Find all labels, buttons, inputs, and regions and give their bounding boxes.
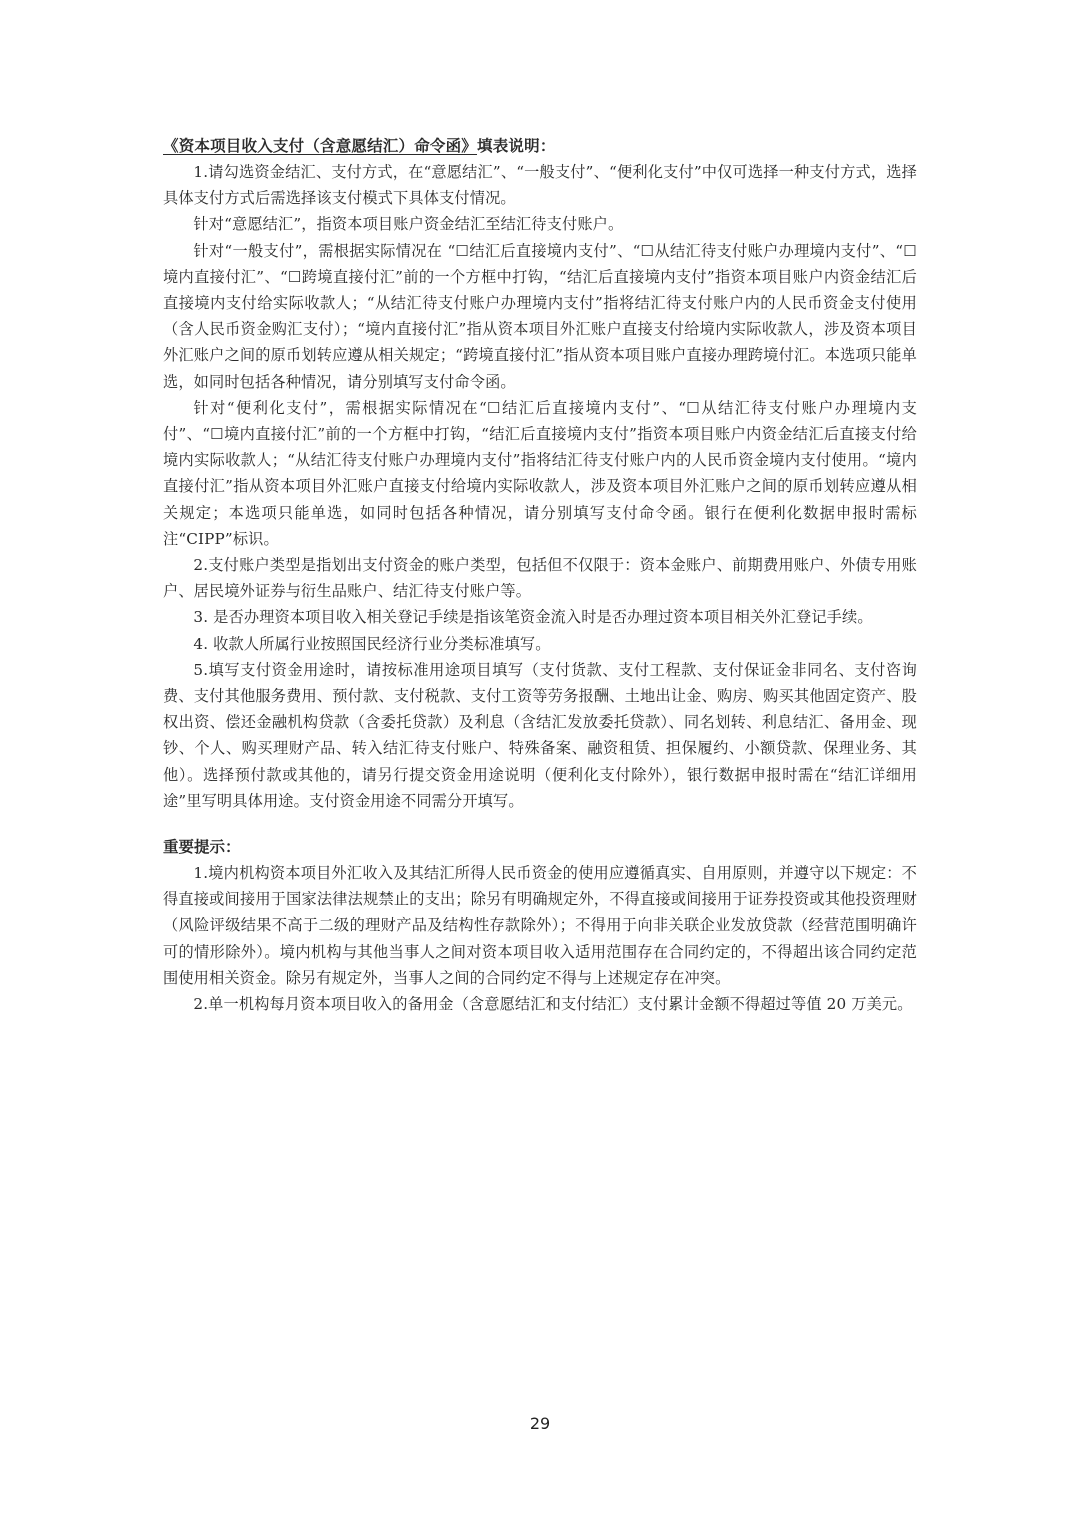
document-title: 《资本项目收入支付（含意愿结汇）命令函》填表说明： [163, 133, 917, 159]
notice-paragraph: 2.单一机构每月资本项目收入的备用金（含意愿结汇和支付结汇）支付累计金额不得超过… [163, 991, 917, 1017]
instruction-paragraph: 4. 收款人所属行业按照国民经济行业分类标准填写。 [163, 631, 917, 657]
notice-section: 重要提示： 1.境内机构资本项目外汇收入及其结汇所得人民币资金的使用应遵循真实、… [163, 834, 917, 1017]
instruction-paragraph: 针对“便利化支付”，需根据实际情况在“☐结汇后直接境内支付”、“☐从结汇待支付账… [163, 395, 917, 552]
document-page: 《资本项目收入支付（含意愿结汇）命令函》填表说明： 1.请勾选资金结汇、支付方式… [163, 133, 917, 1017]
instruction-paragraph: 5.填写支付资金用途时，请按标准用途项目填写（支付货款、支付工程款、支付保证金非… [163, 657, 917, 814]
instruction-paragraph: 针对“一般支付”，需根据实际情况在 “☐结汇后直接境内支付”、“☐从结汇待支付账… [163, 238, 917, 395]
title-suffix: 填表说明： [477, 136, 556, 155]
instruction-paragraph: 3. 是否办理资本项目收入相关登记手续是指该笔资金流入时是否办理过资本项目相关外… [163, 604, 917, 630]
form-name: 《资本项目收入支付（含意愿结汇）命令函》 [163, 136, 477, 155]
instructions-section: 1.请勾选资金结汇、支付方式，在“意愿结汇”、“一般支付”、“便利化支付”中仅可… [163, 159, 917, 814]
notice-heading: 重要提示： [163, 834, 917, 860]
instruction-paragraph: 针对“意愿结汇”，指资本项目账户资金结汇至结汇待支付账户。 [163, 211, 917, 237]
instruction-paragraph: 2.支付账户类型是指划出支付资金的账户类型，包括但不仅限于：资本金账户、前期费用… [163, 552, 917, 604]
page-number: 29 [0, 1414, 1080, 1433]
instruction-paragraph: 1.请勾选资金结汇、支付方式，在“意愿结汇”、“一般支付”、“便利化支付”中仅可… [163, 159, 917, 211]
notice-paragraph: 1.境内机构资本项目外汇收入及其结汇所得人民币资金的使用应遵循真实、自用原则，并… [163, 860, 917, 991]
